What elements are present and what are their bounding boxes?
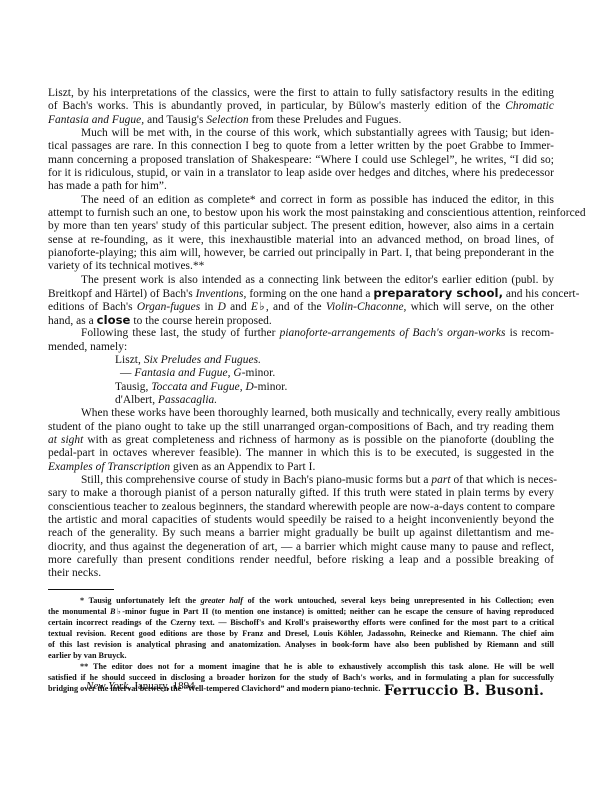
book-page: Liszt, by his interpretations of the cla… [48,87,554,694]
text-segment: textual revision. Recent good editions a… [48,629,554,638]
text-segment: certain incorrect readings of the Czerny… [48,618,554,627]
text-line: tical passages are rare. In this connect… [48,140,554,153]
text-line: editions of Bach's Organ-fugues in D and… [48,301,554,314]
text-line: by more than ten years' study of this pa… [48,220,554,233]
italic-text: part [431,474,450,486]
text-segment: sense at re-founding, as it were, this i… [48,234,554,246]
text-line: student of the piano ought to take up th… [48,421,554,434]
text-segment: of the work untouched, several keys bein… [243,596,554,605]
text-segment: tical passages are rare. In this connect… [48,140,554,152]
text-line: diocrity, and thus against the degenerat… [48,541,554,554]
text-line: The present work is also intended as a c… [48,274,554,287]
list-item: Liszt, Six Preludes and Fugues. [48,354,554,367]
text-segment: is recom- [506,327,554,339]
text-line: variety of its technical motives.** [48,260,554,273]
text-segment: ** The editor does not for a moment imag… [80,662,554,671]
text-line: textual revision. Recent good editions a… [48,628,554,639]
dateline-date: January, 1894. [131,680,198,692]
text-line: Examples of Transcription given as an Ap… [48,461,554,474]
emphasized-text: close [97,313,131,327]
text-segment: in [200,301,217,313]
paragraphs-after-list: When these works have been thoroughly le… [48,407,554,580]
text-segment: mended, namely: [48,341,127,353]
text-line: sense at re-founding, as it were, this i… [48,234,554,247]
text-segment: variety of its technical motives.** [48,260,204,272]
text-segment: pedal-part in octaves wherever feasible)… [48,447,554,459]
text-segment: the artistic and moral capacities of stu… [48,514,554,526]
text-line: Liszt, by his interpretations of the cla… [48,87,554,100]
text-segment: Liszt, by his interpretations of the cla… [48,87,554,99]
text-line: Breitkopf and Härtel) of Bach's Inventio… [48,287,554,300]
italic-text: Organ-fugues [137,301,200,313]
text-line: * Tausig unfortunately left the greater … [48,595,554,606]
footnote-divider [48,589,114,590]
work-title: Six Preludes and Fugues. [144,354,261,366]
text-line: The need of an edition as complete* and … [48,194,554,207]
text-line: for it is ridiculous, stupid, or vain in… [48,167,554,180]
text-segment: diocrity, and thus against the degenerat… [48,541,554,553]
italic-text: Violin-Chaconne, [326,301,407,313]
text-line: pedal-part in octaves wherever feasible)… [48,447,554,460]
recommended-works-list: Liszt, Six Preludes and Fugues.— Fantasi… [48,354,554,407]
text-segment: with as great completeness and richness … [83,434,554,446]
italic-text: at sight [48,434,83,446]
dateline-place: New York, [86,680,131,692]
list-item: Tausig, Toccata and Fugue, D-minor. [48,381,554,394]
footnotes: * Tausig unfortunately left the greater … [48,595,554,694]
text-line: Fantasia and Fugue, and Tausig's Selecti… [48,114,554,127]
paragraph: When these works have been thoroughly le… [48,407,554,474]
dateline: New York, January, 1894. [86,680,197,692]
text-segment: to the course herein proposed. [130,315,271,327]
composer-name: Tausig, [115,381,151,393]
work-title: Passacaglia. [158,394,217,406]
text-line: their necks. [48,567,554,580]
text-segment: of Bach's works. This is abundantly prov… [48,100,505,112]
paragraph: Still, this comprehensive course of stud… [48,474,554,581]
author-signature: Ferruccio B. Busoni. [384,683,544,699]
text-segment: sary to make a thorough pianist of a per… [48,487,554,499]
paragraph: Following these last, the study of furth… [48,327,554,354]
italic-text: Selection [206,114,248,126]
italic-text: pianoforte-arrangements of Bach's organ-… [280,327,506,339]
composer-name: Liszt, [115,354,144,366]
text-segment: * Tausig unfortunately left the [80,596,201,605]
text-line: hand, as a close to the course herein pr… [48,314,554,327]
text-segment: Much will be met with, in the course of … [81,127,554,139]
paragraph: The present work is also intended as a c… [48,274,554,327]
text-line: the artistic and moral capacities of stu… [48,514,554,527]
text-segment: from these Preludes and Fugues. [249,114,402,126]
text-segment: the monumental [48,607,110,616]
text-segment: their necks. [48,567,101,579]
text-segment: of this last revision is analytical phra… [48,640,554,649]
text-line: reach of the generality. By such means a… [48,527,554,540]
text-line: earlier by van Bruyck. [48,650,554,661]
work-title: Toccata and Fugue, D [151,381,253,393]
text-line: certain incorrect readings of the Czerny… [48,617,554,628]
text-line: sary to make a thorough pianist of a per… [48,487,554,500]
text-segment: forming on the one hand a [246,288,373,300]
text-segment: and [226,301,251,313]
text-line: more carefully than present conditions r… [48,554,554,567]
text-segment: attempt to furnish such an one, to besto… [48,207,586,219]
work-title: Fantasia and Fugue, G [134,367,241,379]
text-line: Much will be met with, in the course of … [48,127,554,140]
preface-body: Liszt, by his interpretations of the cla… [48,87,554,581]
composer-name: d'Albert, [115,394,158,406]
paragraph: The need of an edition as complete* and … [48,194,554,274]
text-segment: which will serve, on the other [406,301,554,313]
text-line: the monumental B♭-minor fugue in Part II… [48,606,554,617]
text-line: When these works have been thoroughly le… [48,407,554,420]
text-line: of this last revision is analytical phra… [48,639,554,650]
footnote: * Tausig unfortunately left the greater … [48,595,554,661]
paragraph: Liszt, by his interpretations of the cla… [48,87,554,127]
text-segment: earlier by van Bruyck. [48,651,127,660]
text-segment: Following these last, the study of furth… [81,327,280,339]
italic-text: Examples of Transcription [48,461,170,473]
text-segment: and his concert- [503,288,579,300]
text-segment: more carefully than present conditions r… [48,554,554,566]
italic-text: B♭ [110,607,122,616]
italic-text: Chromatic [505,100,554,112]
list-item: d'Albert, Passacaglia. [48,394,554,407]
text-line: of Bach's works. This is abundantly prov… [48,100,554,113]
paragraphs-before-list: Liszt, by his interpretations of the cla… [48,87,554,354]
list-item: — Fantasia and Fugue, G-minor. [48,367,554,380]
text-line: Following these last, the study of furth… [48,327,554,340]
text-segment: and Tausig's [144,114,206,126]
italic-text: E♭, [251,301,269,313]
work-key-suffix: -minor. [242,367,276,379]
text-segment: pianoforte-playing; this aim will, howev… [48,247,554,259]
text-segment: and of the [269,301,326,313]
work-key-suffix: -minor. [254,381,288,393]
italic-text: greater half [201,596,243,605]
text-line: Still, this comprehensive course of stud… [48,474,554,487]
text-line: mann concerning a proposed translation o… [48,154,554,167]
text-line: conscientious teacher to zealous beginne… [48,501,554,514]
text-segment: When these works have been thoroughly le… [81,407,560,419]
text-segment: Breitkopf and Härtel) of Bach's [48,288,196,300]
text-segment: conscientious teacher to zealous beginne… [48,501,555,513]
emphasized-text: preparatory school, [373,286,503,300]
text-segment: hand, as a [48,315,97,327]
text-segment: editions of Bach's [48,301,137,313]
text-segment: The present work is also intended as a c… [81,274,554,286]
text-segment: by more than ten years' study of this pa… [48,220,554,232]
text-segment: Still, this comprehensive course of stud… [81,474,431,486]
text-line: mended, namely: [48,341,554,354]
paragraph: Much will be met with, in the course of … [48,127,554,194]
italic-text: D [218,301,226,313]
text-line: at sight with as great completeness and … [48,434,554,447]
text-segment: student of the piano ought to take up th… [48,421,554,433]
text-segment: of that which is neces- [451,474,558,486]
text-line: pianoforte-playing; this aim will, howev… [48,247,554,260]
text-segment: given as an Appendix to Part I. [170,461,315,473]
text-segment: The need of an edition as complete* and … [81,194,554,206]
text-line: attempt to furnish such an one, to besto… [48,207,554,220]
text-segment: -minor fugue in Part II (to mention one … [122,607,554,616]
text-segment: mann concerning a proposed translation o… [48,154,554,166]
text-segment: reach of the generality. By such means a… [48,527,554,539]
text-segment: has made a path for him”. [48,180,167,192]
text-line: has made a path for him”. [48,180,554,193]
text-line: ** The editor does not for a moment imag… [48,661,554,672]
italic-text: Fantasia and Fugue, [48,114,144,126]
composer-name: — [120,367,134,379]
italic-text: Inventions, [196,288,247,300]
text-segment: for it is ridiculous, stupid, or vain in… [48,167,554,179]
